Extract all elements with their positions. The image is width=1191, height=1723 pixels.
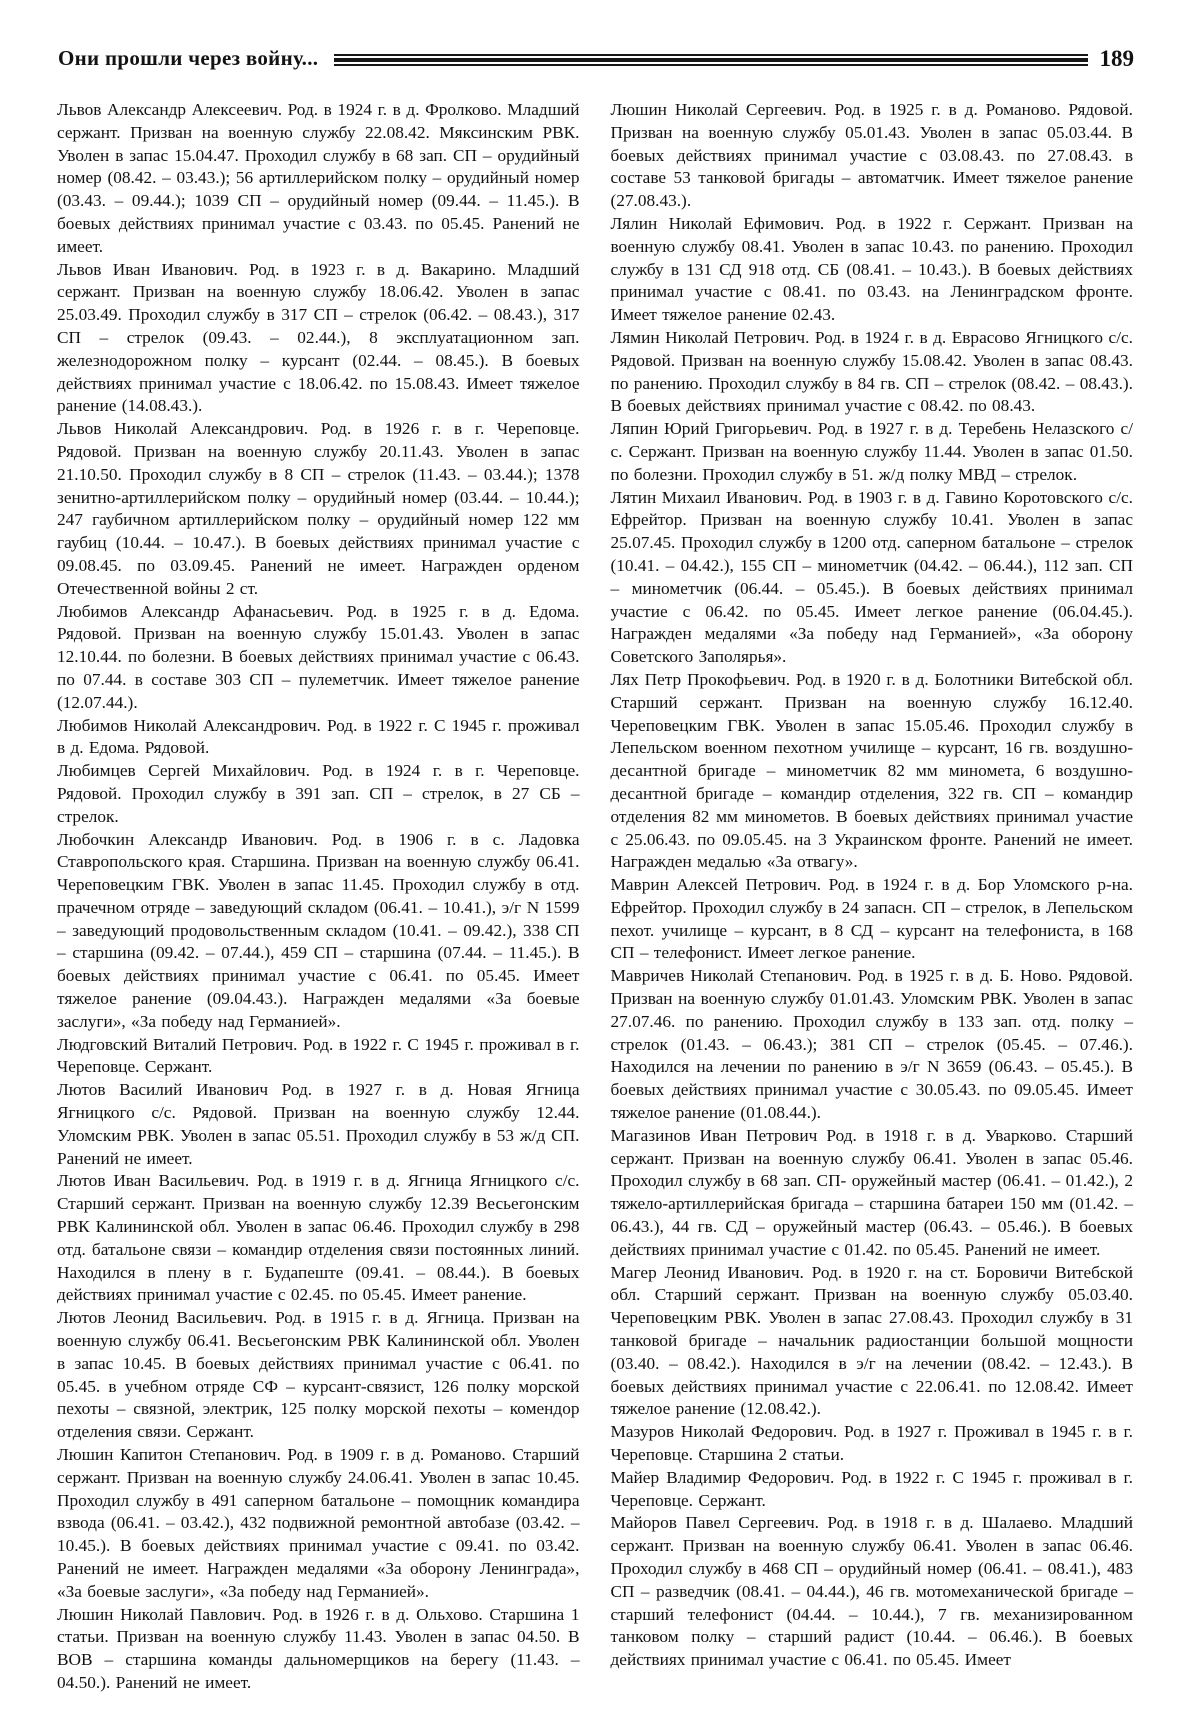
left-column: Львов Александр Алексеевич. Род. в 1924 …	[57, 99, 580, 1695]
veteran-entry: Любимцев Сергей Михайлович. Род. в 1924 …	[57, 760, 580, 828]
header-rule	[334, 54, 1087, 66]
veteran-entry: Мазуров Николай Федорович. Род. в 1927 г…	[611, 1421, 1134, 1467]
veteran-entry: Людговский Виталий Петрович. Род. в 1922…	[57, 1034, 580, 1080]
book-page: Они прошли через войну... 189 Львов Алек…	[0, 0, 1191, 1723]
page-header: Они прошли через войну... 189	[0, 0, 1191, 72]
veteran-entry: Лямин Николай Петрович. Род. в 1924 г. в…	[611, 327, 1134, 418]
veteran-entry: Магер Леонид Иванович. Род. в 1920 г. на…	[611, 1262, 1134, 1422]
veteran-entry: Люшин Николай Павлович. Род. в 1926 г. в…	[57, 1604, 580, 1695]
veteran-entry: Магазинов Иван Петрович Род. в 1918 г. в…	[611, 1125, 1134, 1262]
veteran-entry: Лялин Николай Ефимович. Род. в 1922 г. С…	[611, 213, 1134, 327]
veteran-entry: Любочкин Александр Иванович. Род. в 1906…	[57, 829, 580, 1034]
running-title: Они прошли через войну...	[58, 46, 318, 71]
veteran-entry: Майер Владимир Федорович. Род. в 1922 г.…	[611, 1467, 1134, 1513]
veteran-entry: Майоров Павел Сергеевич. Род. в 1918 г. …	[611, 1512, 1134, 1672]
veteran-entry: Лютов Василий Иванович Род. в 1927 г. в …	[57, 1079, 580, 1170]
veteran-entry: Лютов Иван Васильевич. Род. в 1919 г. в …	[57, 1170, 580, 1307]
veteran-entry: Ляпин Юрий Григорьевич. Род. в 1927 г. в…	[611, 418, 1134, 486]
veteran-entry: Люшин Капитон Степанович. Род. в 1909 г.…	[57, 1444, 580, 1604]
page-number: 189	[1100, 46, 1135, 72]
veteran-entry: Мавричев Николай Степанович. Род. в 1925…	[611, 965, 1134, 1125]
text-columns: Львов Александр Алексеевич. Род. в 1924 …	[0, 72, 1191, 1695]
veteran-entry: Лятин Михаил Иванович. Род. в 1903 г. в …	[611, 487, 1134, 669]
veteran-entry: Любимов Николай Александрович. Род. в 19…	[57, 715, 580, 761]
right-column: Люшин Николай Сергеевич. Род. в 1925 г. …	[611, 99, 1134, 1695]
veteran-entry: Львов Николай Александрович. Род. в 1926…	[57, 418, 580, 600]
veteran-entry: Львов Иван Иванович. Род. в 1923 г. в д.…	[57, 259, 580, 419]
veteran-entry: Лях Петр Прокофьевич. Род. в 1920 г. в д…	[611, 669, 1134, 874]
veteran-entry: Львов Александр Алексеевич. Род. в 1924 …	[57, 99, 580, 259]
veteran-entry: Любимов Александр Афанасьевич. Род. в 19…	[57, 601, 580, 715]
veteran-entry: Люшин Николай Сергеевич. Род. в 1925 г. …	[611, 99, 1134, 213]
veteran-entry: Лютов Леонид Васильевич. Род. в 1915 г. …	[57, 1307, 580, 1444]
veteran-entry: Маврин Алексей Петрович. Род. в 1924 г. …	[611, 874, 1134, 965]
